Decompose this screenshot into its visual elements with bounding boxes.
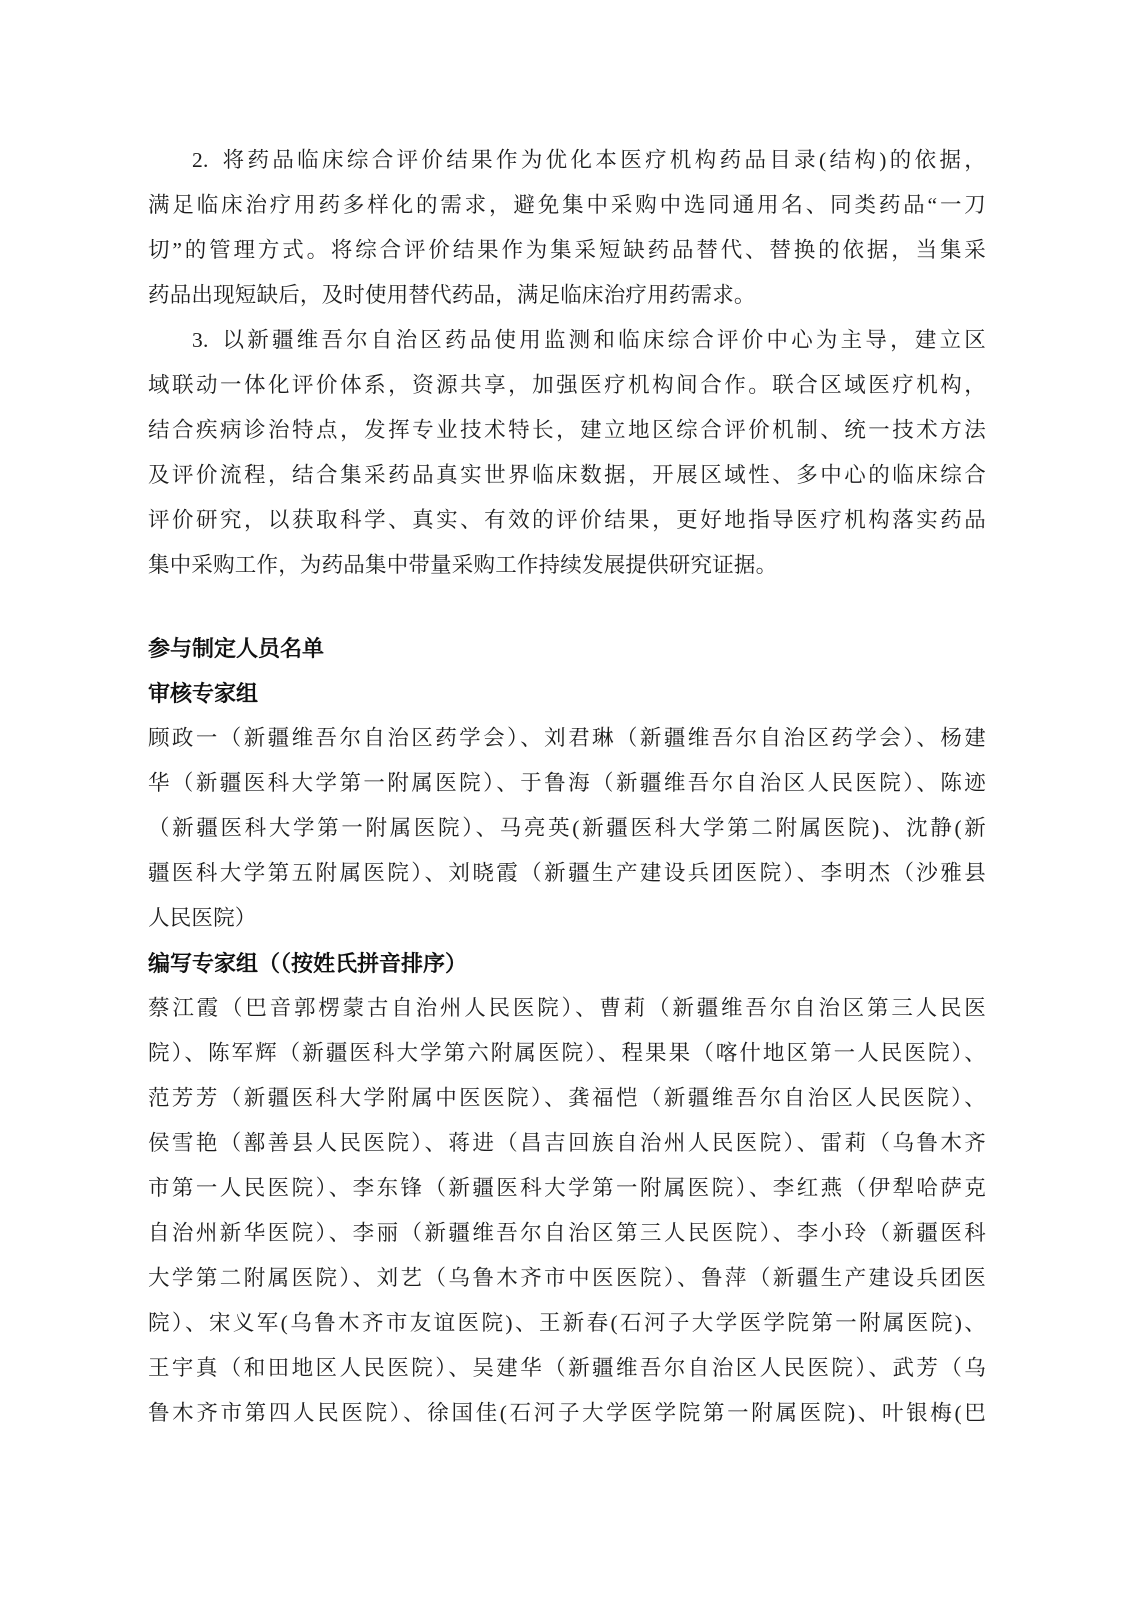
writing-group-heading: 编写专家组（（按姓氏拼音排序） — [148, 941, 986, 986]
document-content: 2. 将药品临床综合评价结果作为优化本医疗机构药品目录(结构)的依据， 满足临床… — [148, 138, 986, 1436]
text-line: 院）、陈军辉（新疆医科大学第六附属医院）、程果果（喀什地区第一人民医院）、 — [148, 1031, 986, 1076]
text-line: 自治州新华医院）、李丽（新疆维吾尔自治区第三人民医院）、李小玲（新疆医科 — [148, 1211, 986, 1256]
text-line: 域联动一体化评价体系，资源共享，加强医疗机构间合作。联合区域医疗机构， — [148, 363, 986, 408]
text-line: 切”的管理方式。将综合评价结果作为集采短缺药品替代、替换的依据，当集采 — [148, 228, 986, 273]
text-line: 评价研究，以获取科学、真实、有效的评价结果，更好地指导医疗机构落实药品 — [148, 498, 986, 543]
text-line: 3. 以新疆维吾尔自治区药品使用监测和临床综合评价中心为主导，建立区 — [148, 318, 986, 363]
section-title: 参与制定人员名单 — [148, 626, 986, 671]
text-line: 集中采购工作，为药品集中带量采购工作持续发展提供研究证据。 — [148, 543, 986, 588]
text-line: 2. 将药品临床综合评价结果作为优化本医疗机构药品目录(结构)的依据， — [148, 138, 986, 183]
text-line: 王宇真（和田地区人民医院）、吴建华（新疆维吾尔自治区人民医院）、武芳（乌 — [148, 1346, 986, 1391]
text-line: 院）、宋义军(乌鲁木齐市友谊医院)、王新春(石河子大学医学院第一附属医院)、 — [148, 1301, 986, 1346]
text-line: 市第一人民医院）、李东锋（新疆医科大学第一附属医院）、李红燕（伊犁哈萨克 — [148, 1166, 986, 1211]
review-group-names: 顾政一（新疆维吾尔自治区药学会）、刘君琳（新疆维吾尔自治区药学会）、杨建 华（新… — [148, 716, 986, 941]
review-group-heading: 审核专家组 — [148, 671, 986, 716]
text-line: 满足临床治疗用药多样化的需求，避免集中采购中选同通用名、同类药品“一刀 — [148, 183, 986, 228]
text-line: 大学第二附属医院）、刘艺（乌鲁木齐市中医医院）、鲁萍（新疆生产建设兵团医 — [148, 1256, 986, 1301]
text-line: 人民医院） — [148, 896, 986, 941]
text-line: 及评价流程，结合集采药品真实世界临床数据，开展区域性、多中心的临床综合 — [148, 453, 986, 498]
text-line: 结合疾病诊治特点，发挥专业技术特长，建立地区综合评价机制、统一技术方法 — [148, 408, 986, 453]
text-line: 疆医科大学第五附属医院）、刘晓霞（新疆生产建设兵团医院）、李明杰（沙雅县 — [148, 851, 986, 896]
text-line: 侯雪艳（鄯善县人民医院）、蒋进（昌吉回族自治州人民医院）、雷莉（乌鲁木齐 — [148, 1121, 986, 1166]
text-line: 范芳芳（新疆医科大学附属中医医院）、龚福恺（新疆维吾尔自治区人民医院）、 — [148, 1076, 986, 1121]
text-line: 鲁木齐市第四人民医院）、徐国佳(石河子大学医学院第一附属医院)、叶银梅(巴 — [148, 1391, 986, 1436]
paragraph-2: 2. 将药品临床综合评价结果作为优化本医疗机构药品目录(结构)的依据， 满足临床… — [148, 138, 986, 318]
paragraph-3: 3. 以新疆维吾尔自治区药品使用监测和临床综合评价中心为主导，建立区 域联动一体… — [148, 318, 986, 588]
text-line: 药品出现短缺后，及时使用替代药品，满足临床治疗用药需求。 — [148, 273, 986, 318]
text-line: 顾政一（新疆维吾尔自治区药学会）、刘君琳（新疆维吾尔自治区药学会）、杨建 — [148, 716, 986, 761]
text-line: 华（新疆医科大学第一附属医院）、于鲁海（新疆维吾尔自治区人民医院）、陈迹 — [148, 761, 986, 806]
document-page: 2. 将药品临床综合评价结果作为优化本医疗机构药品目录(结构)的依据， 满足临床… — [0, 0, 1131, 1600]
text-line: 蔡江霞（巴音郭楞蒙古自治州人民医院）、曹莉（新疆维吾尔自治区第三人民医 — [148, 986, 986, 1031]
text-line: （新疆医科大学第一附属医院）、马亮英(新疆医科大学第二附属医院)、沈静(新 — [148, 806, 986, 851]
writing-group-names: 蔡江霞（巴音郭楞蒙古自治州人民医院）、曹莉（新疆维吾尔自治区第三人民医 院）、陈… — [148, 986, 986, 1436]
